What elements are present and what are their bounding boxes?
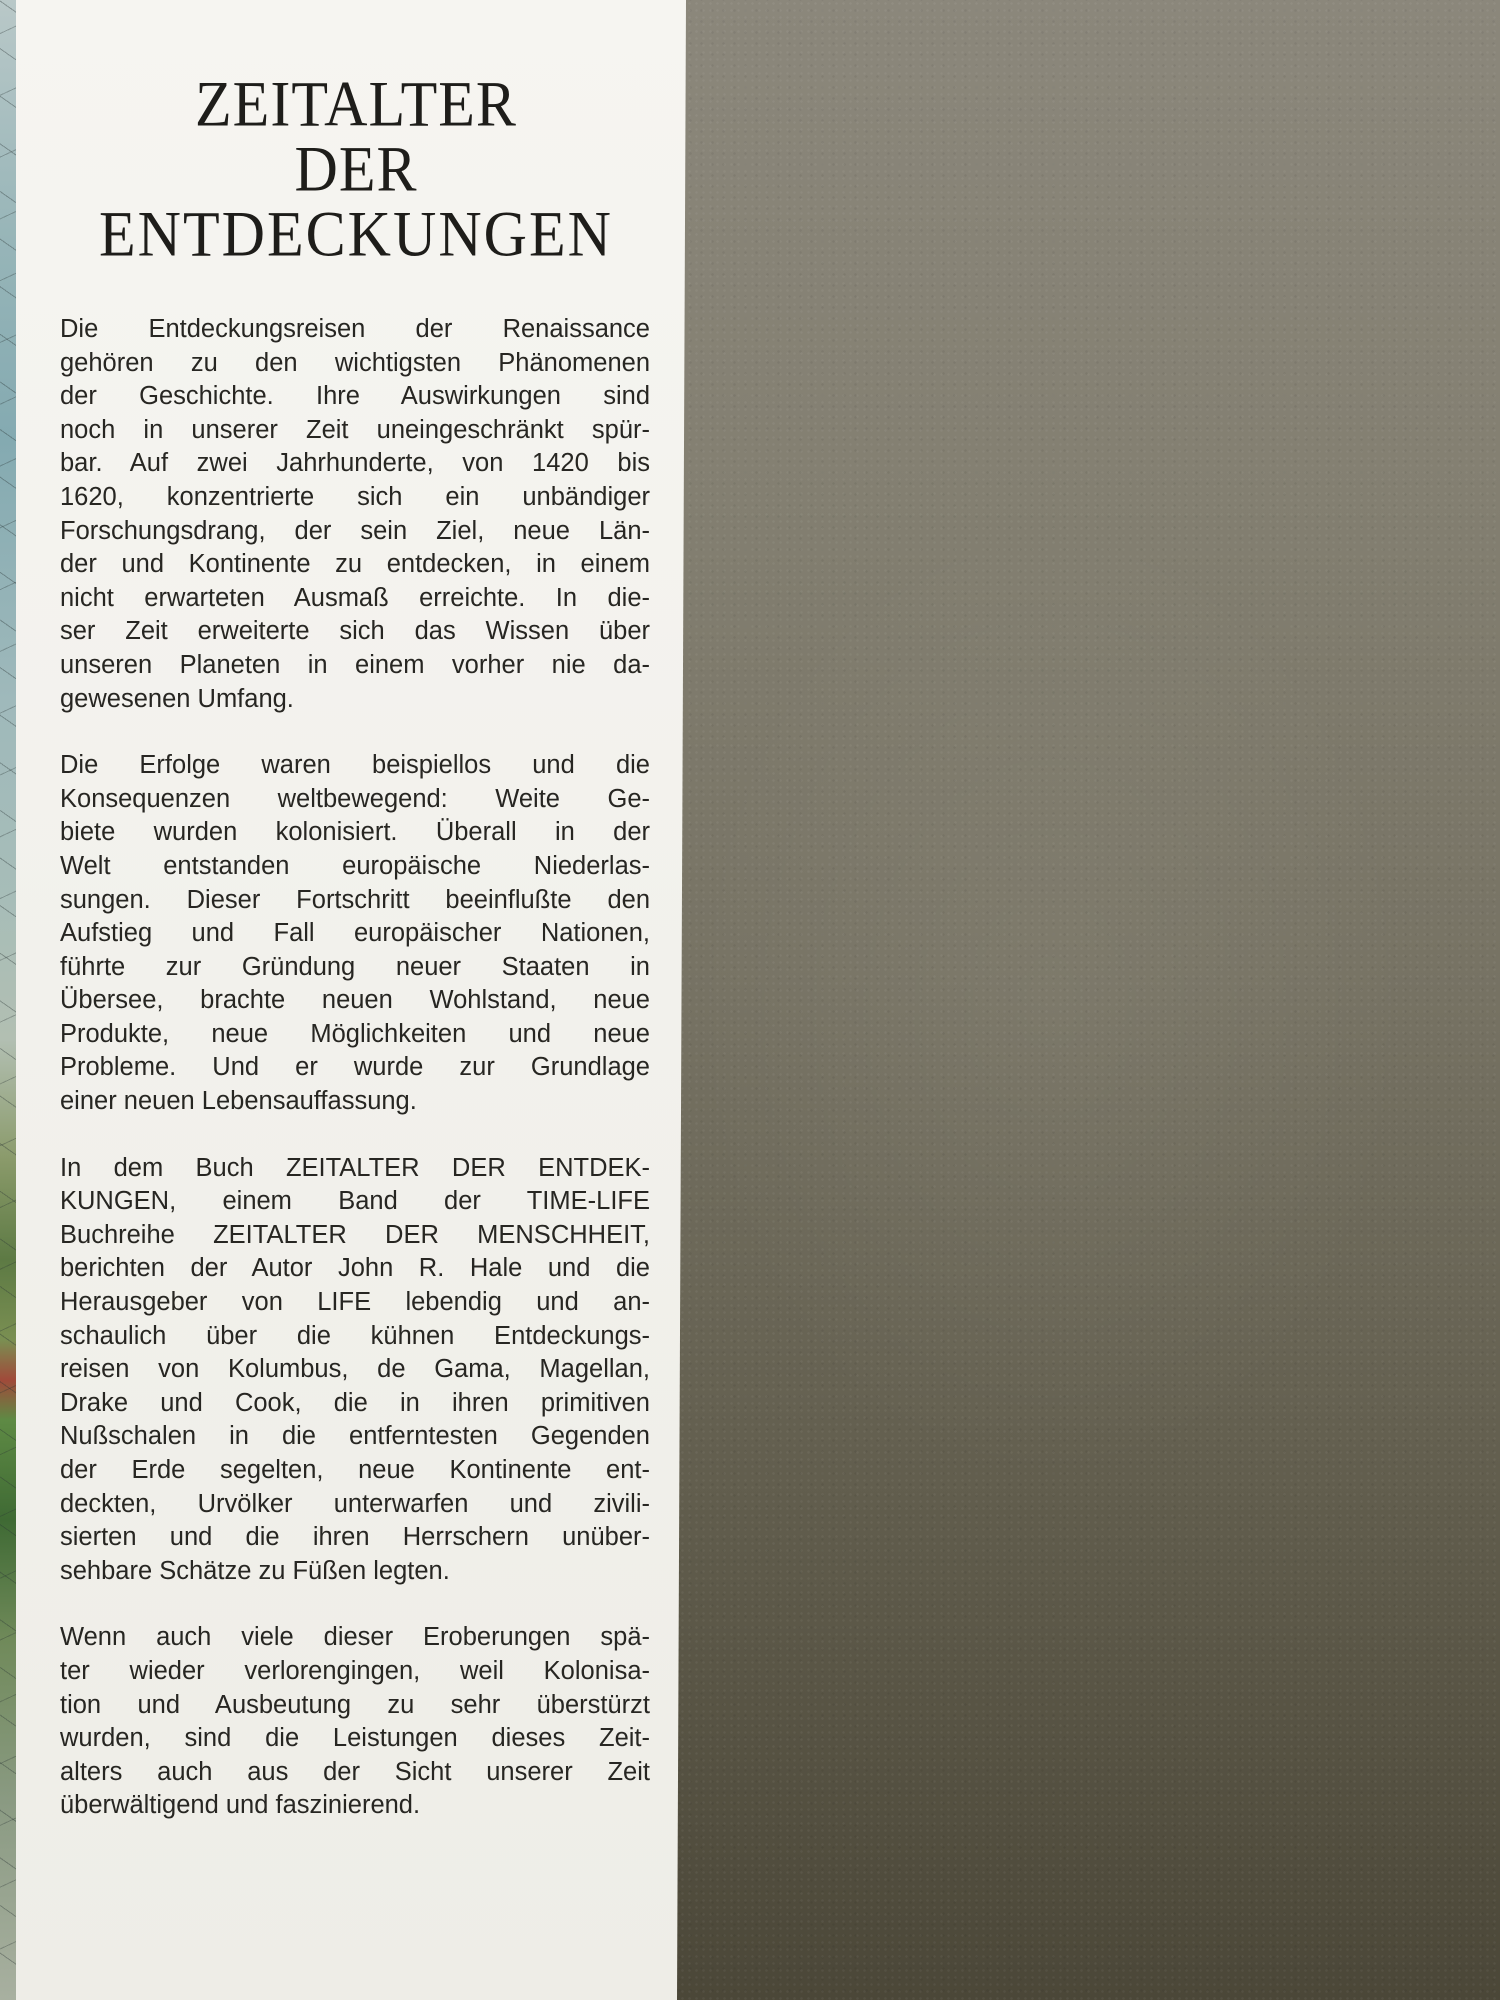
text-line: Aufstieg und Fall europäischer Nationen, xyxy=(60,917,650,951)
text-line: nicht erwarteten Ausmaß erreichte. In di… xyxy=(60,582,650,616)
paragraph-1: Die Entdeckungsreisen der Renaissance ge… xyxy=(60,313,650,716)
text-line: noch in unserer Zeit uneingeschränkt spü… xyxy=(60,414,650,448)
body-text: Die Entdeckungsreisen der Renaissance ge… xyxy=(60,313,650,1856)
text-line: der Geschichte. Ihre Auswirkungen sind xyxy=(60,380,650,414)
text-line: gehören zu den wichtigsten Phänomenen xyxy=(60,347,650,381)
text-line: einer neuen Lebensauffassung. xyxy=(60,1085,650,1119)
title-line-3: ENTDECKUNGEN xyxy=(46,199,666,269)
text-line: sierten und die ihren Herrschern unüber- xyxy=(60,1521,650,1555)
text-line: deckten, Urvölker unterwarfen und zivili… xyxy=(60,1488,650,1522)
text-line: Herausgeber von LIFE lebendig und an- xyxy=(60,1286,650,1320)
text-line: ter wieder verlorengingen, weil Kolonisa… xyxy=(60,1655,650,1689)
text-line: gewesenen Umfang. xyxy=(60,683,650,717)
text-line: Die Entdeckungsreisen der Renaissance xyxy=(60,313,650,347)
text-line: Buchreihe ZEITALTER DER MENSCHHEIT, xyxy=(60,1219,650,1253)
text-line: berichten der Autor John R. Hale und die xyxy=(60,1252,650,1286)
paragraph-2: Die Erfolge waren beispiellos und die Ko… xyxy=(60,749,650,1119)
text-line: führte zur Gründung neuer Staaten in xyxy=(60,951,650,985)
text-line: Probleme. Und er wurde zur Grundlage xyxy=(60,1051,650,1085)
text-line: reisen von Kolumbus, de Gama, Magellan, xyxy=(60,1353,650,1387)
text-line: Welt entstanden europäische Niederlas- xyxy=(60,850,650,884)
text-line: Nußschalen in die entferntesten Gegenden xyxy=(60,1420,650,1454)
text-line: Übersee, brachte neuen Wohlstand, neue xyxy=(60,984,650,1018)
text-line: alters auch aus der Sicht unserer Zeit xyxy=(60,1756,650,1790)
paragraph-4: Wenn auch viele dieser Eroberungen spä- … xyxy=(60,1621,650,1823)
text-line: Konsequenzen weltbewegend: Weite Ge- xyxy=(60,783,650,817)
text-line: bar. Auf zwei Jahrhunderte, von 1420 bis xyxy=(60,447,650,481)
text-line: schaulich über die kühnen Entdeckungs- xyxy=(60,1320,650,1354)
text-line: überwältigend und faszinierend. xyxy=(60,1789,650,1823)
text-line: der und Kontinente zu entdecken, in eine… xyxy=(60,548,650,582)
paragraph-3: In dem Buch ZEITALTER DER ENTDEK- KUNGEN… xyxy=(60,1152,650,1589)
text-line: tion und Ausbeutung zu sehr überstürzt xyxy=(60,1689,650,1723)
text-line: In dem Buch ZEITALTER DER ENTDEK- xyxy=(60,1152,650,1186)
text-line: KUNGEN, einem Band der TIME-LIFE xyxy=(60,1185,650,1219)
text-line: 1620, konzentrierte sich ein unbändiger xyxy=(60,481,650,515)
text-line: Drake und Cook, die in ihren primitiven xyxy=(60,1387,650,1421)
book-page: ZEITALTER DER ENTDECKUNGEN Die Entdeckun… xyxy=(16,0,686,2000)
title-line-1: ZEITALTER xyxy=(46,69,666,139)
title-line-2: DER xyxy=(46,134,666,204)
text-line: sungen. Dieser Fortschritt beeinflußte d… xyxy=(60,884,650,918)
text-line: Die Erfolge waren beispiellos und die xyxy=(60,749,650,783)
page-title: ZEITALTER DER ENTDECKUNGEN xyxy=(46,72,666,267)
text-line: ser Zeit erweiterte sich das Wissen über xyxy=(60,615,650,649)
text-line: Produkte, neue Möglichkeiten und neue xyxy=(60,1018,650,1052)
text-line: unseren Planeten in einem vorher nie da- xyxy=(60,649,650,683)
text-line: Forschungsdrang, der sein Ziel, neue Län… xyxy=(60,515,650,549)
text-line: biete wurden kolonisiert. Überall in der xyxy=(60,816,650,850)
text-line: wurden, sind die Leistungen dieses Zeit- xyxy=(60,1722,650,1756)
text-line: der Erde segelten, neue Kontinente ent- xyxy=(60,1454,650,1488)
text-line: Wenn auch viele dieser Eroberungen spä- xyxy=(60,1621,650,1655)
text-line: sehbare Schätze zu Füßen legten. xyxy=(60,1555,650,1589)
